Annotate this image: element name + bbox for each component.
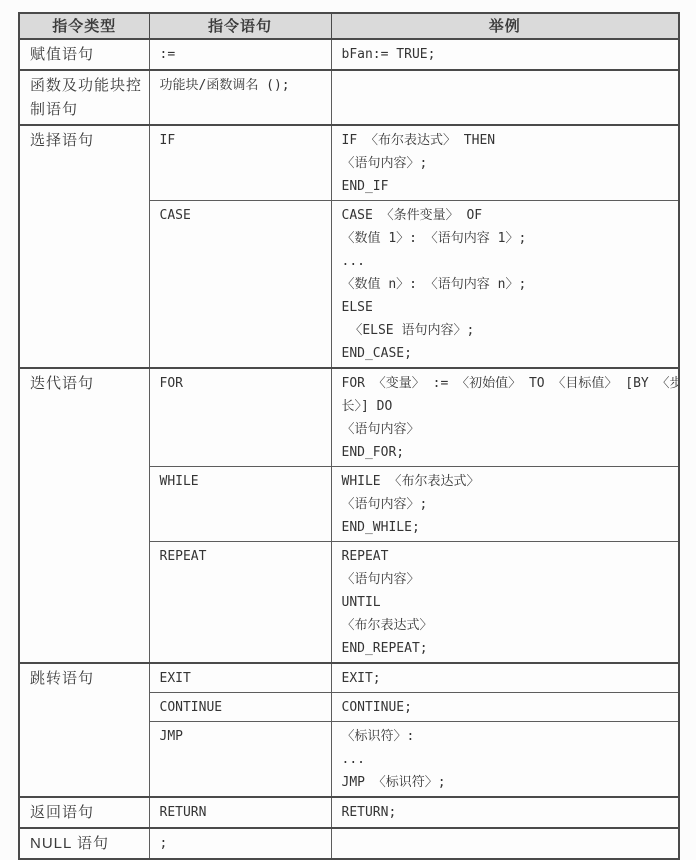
code-line: 〈语句内容〉 (342, 418, 673, 441)
code-line: 〈ELSE 语句内容〉; (342, 319, 673, 342)
example-cell: EXIT; (331, 663, 679, 693)
code-line: JMP 〈标识符〉; (342, 771, 673, 794)
example-cell: CASE 〈条件变量〉 OF 〈数值 1〉: 〈语句内容 1〉; ... 〈数值… (331, 201, 679, 369)
stmt-label: FOR (160, 372, 325, 395)
stmt-label: WHILE (160, 470, 325, 493)
code-line: END_CASE; (342, 342, 673, 365)
stmt-cell: JMP (149, 722, 331, 798)
stmt-cell: WHILE (149, 467, 331, 542)
table-row: NULL 语句 ; (19, 828, 679, 859)
code-line: RETURN; (342, 801, 673, 824)
stmt-cell: := (149, 39, 331, 70)
stmt-cell: FOR (149, 368, 331, 467)
example-cell: CONTINUE; (331, 693, 679, 722)
code-line: END_WHILE; (342, 516, 673, 539)
example-cell: REPEAT 〈语句内容〉 UNTIL 〈布尔表达式〉 END_REPEAT; (331, 542, 679, 664)
code-line: CONTINUE; (342, 696, 673, 719)
code-line: 〈标识符〉: (342, 725, 673, 748)
table-row: 函数及功能块控制语句 功能块/函数调名 (); (19, 70, 679, 125)
table-row: 选择语句 IF IF 〈布尔表达式〉 THEN 〈语句内容〉; END_IF (19, 125, 679, 201)
example-cell: FOR 〈变量〉 := 〈初始值〉 TO 〈目标值〉 [BY 〈步 长〉] DO… (331, 368, 679, 467)
stmt-label: 功能块/函数调名 (); (160, 74, 325, 97)
code-line: 〈数值 n〉: 〈语句内容 n〉; (342, 273, 673, 296)
header-cell-instruction-statement: 指令语句 (149, 13, 331, 39)
table-row: 迭代语句 FOR FOR 〈变量〉 := 〈初始值〉 TO 〈目标值〉 [BY … (19, 368, 679, 467)
example-cell: RETURN; (331, 797, 679, 828)
type-cell-jump: 跳转语句 (19, 663, 149, 797)
code-line: REPEAT (342, 545, 673, 568)
code-line: UNTIL (342, 591, 673, 614)
stmt-cell: IF (149, 125, 331, 201)
type-cell-selection: 选择语句 (19, 125, 149, 368)
stmt-cell: 功能块/函数调名 (); (149, 70, 331, 125)
example-cell: bFan:= TRUE; (331, 39, 679, 70)
code-line: CASE 〈条件变量〉 OF (342, 204, 673, 227)
example-cell-empty (331, 828, 679, 859)
type-cell-null: NULL 语句 (19, 828, 149, 859)
stmt-label: := (160, 43, 325, 66)
type-cell-assignment: 赋值语句 (19, 39, 149, 70)
code-line: EXIT; (342, 667, 673, 690)
table-row: 赋值语句 := bFan:= TRUE; (19, 39, 679, 70)
code-line: ELSE (342, 296, 673, 319)
instruction-statement-table: 指令类型 指令语句 举例 赋值语句 := bFan:= TRUE; 函数及功能块… (18, 12, 680, 860)
code-line: 〈语句内容〉 (342, 568, 673, 591)
stmt-label: JMP (160, 725, 325, 748)
example-cell: WHILE 〈布尔表达式〉 〈语句内容〉; END_WHILE; (331, 467, 679, 542)
code-line: 〈数值 1〉: 〈语句内容 1〉; (342, 227, 673, 250)
stmt-label: IF (160, 129, 325, 152)
stmt-cell: EXIT (149, 663, 331, 693)
stmt-cell: ; (149, 828, 331, 859)
stmt-cell: REPEAT (149, 542, 331, 664)
stmt-label: REPEAT (160, 545, 325, 568)
stmt-cell: CASE (149, 201, 331, 369)
code-line: END_FOR; (342, 441, 673, 464)
stmt-label: ; (160, 832, 325, 855)
type-cell-function-block: 函数及功能块控制语句 (19, 70, 149, 125)
stmt-cell: CONTINUE (149, 693, 331, 722)
code-line: 〈语句内容〉; (342, 152, 673, 175)
type-cell-return: 返回语句 (19, 797, 149, 828)
code-line: ... (342, 748, 673, 771)
example-cell: IF 〈布尔表达式〉 THEN 〈语句内容〉; END_IF (331, 125, 679, 201)
code-line: FOR 〈变量〉 := 〈初始值〉 TO 〈目标值〉 [BY 〈步 (342, 372, 673, 395)
code-line: IF 〈布尔表达式〉 THEN (342, 129, 673, 152)
table-row: 返回语句 RETURN RETURN; (19, 797, 679, 828)
stmt-label: EXIT (160, 667, 325, 690)
code-line: bFan:= TRUE; (342, 43, 673, 66)
stmt-label: CASE (160, 204, 325, 227)
stmt-cell: RETURN (149, 797, 331, 828)
type-cell-iteration: 迭代语句 (19, 368, 149, 663)
code-line: 长〉] DO (342, 395, 673, 418)
code-line: END_IF (342, 175, 673, 198)
header-cell-instruction-type: 指令类型 (19, 13, 149, 39)
code-line: END_REPEAT; (342, 637, 673, 660)
table-row: 跳转语句 EXIT EXIT; (19, 663, 679, 693)
stmt-label: CONTINUE (160, 696, 325, 719)
code-line: 〈语句内容〉; (342, 493, 673, 516)
header-cell-example: 举例 (331, 13, 679, 39)
code-line: 〈布尔表达式〉 (342, 614, 673, 637)
header-row: 指令类型 指令语句 举例 (19, 13, 679, 39)
code-line: ... (342, 250, 673, 273)
stmt-label: RETURN (160, 801, 325, 824)
example-cell-empty (331, 70, 679, 125)
code-line: WHILE 〈布尔表达式〉 (342, 470, 673, 493)
example-cell: 〈标识符〉: ... JMP 〈标识符〉; (331, 722, 679, 798)
